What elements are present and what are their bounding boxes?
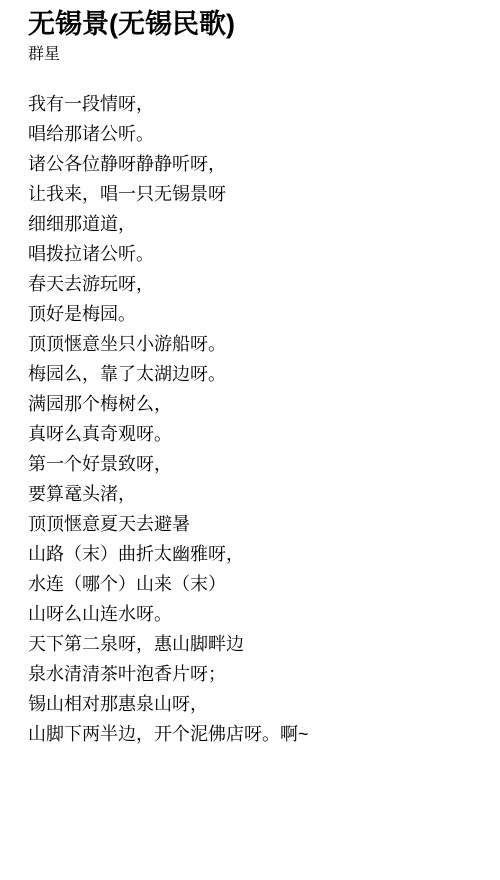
lyric-line: 第一个好景致呀， xyxy=(28,449,480,479)
lyrics-page: 无锡景(无锡民歌) 群星 我有一段情呀， 唱给那诸公听。 诸公各位静呀静静听呀，… xyxy=(0,0,500,880)
lyric-line: 真呀么真奇观呀。 xyxy=(28,419,480,449)
lyric-line: 山呀么山连水呀。 xyxy=(28,599,480,629)
lyric-line: 顶顶惬意坐只小游船呀。 xyxy=(28,329,480,359)
lyric-line: 诸公各位静呀静静听呀， xyxy=(28,149,480,179)
lyric-line: 唱给那诸公听。 xyxy=(28,119,480,149)
lyric-line: 让我来，唱一只无锡景呀 xyxy=(28,179,480,209)
page-title: 无锡景(无锡民歌) xyxy=(28,6,480,42)
lyric-line: 梅园么，靠了太湖边呀。 xyxy=(28,359,480,389)
lyric-line: 锡山相对那惠泉山呀， xyxy=(28,689,480,719)
lyric-line: 满园那个梅树么， xyxy=(28,389,480,419)
lyrics-block: 我有一段情呀， 唱给那诸公听。 诸公各位静呀静静听呀， 让我来，唱一只无锡景呀 … xyxy=(28,89,480,749)
artist-name: 群星 xyxy=(28,44,480,66)
lyric-line: 要算鼋头渚， xyxy=(28,479,480,509)
lyric-line: 泉水清清茶叶泡香片呀； xyxy=(28,659,480,689)
lyric-line: 山脚下两半边，开个泥佛店呀。啊~ xyxy=(28,719,480,749)
lyric-line: 我有一段情呀， xyxy=(28,89,480,119)
lyric-line: 唱拨拉诸公听。 xyxy=(28,239,480,269)
lyric-line: 山路（末）曲折太幽雅呀， xyxy=(28,539,480,569)
lyric-line: 顶顶惬意夏天去避暑 xyxy=(28,509,480,539)
lyric-line: 天下第二泉呀，惠山脚畔边 xyxy=(28,629,480,659)
lyric-line: 水连（哪个）山来（末） xyxy=(28,569,480,599)
lyric-line: 春天去游玩呀， xyxy=(28,269,480,299)
lyric-line: 细细那道道， xyxy=(28,209,480,239)
lyric-line: 顶好是梅园。 xyxy=(28,299,480,329)
